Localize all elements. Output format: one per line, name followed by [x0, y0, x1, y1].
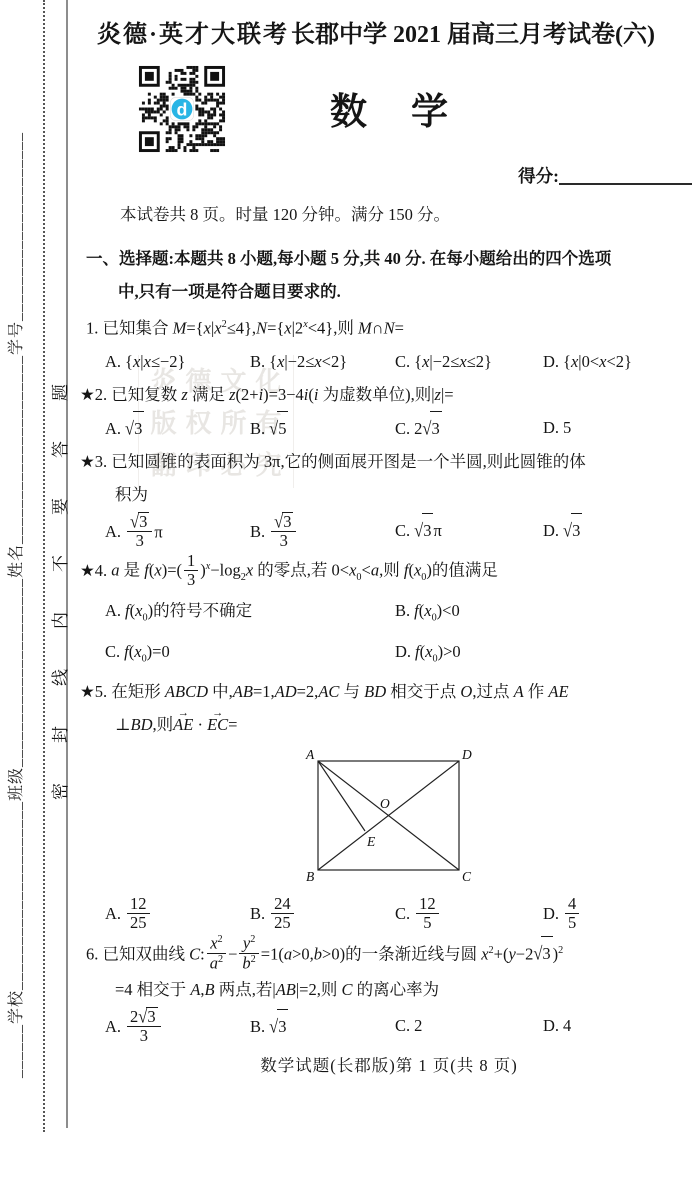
page-footer: 数学试题(长郡版)第 1 页(共 8 页) [86, 1052, 692, 1076]
option: D.5 [543, 411, 692, 444]
options-row: A.1225B.2425C.125D.45 [105, 894, 692, 933]
question: ★2. 已知复数 z 满足 z(2+i)=3−4i(i 为虚数单位),则|z|=… [86, 378, 692, 445]
question: ★5. 在矩形 ABCD 中,AB=1,AD=2,AC 与 BD 相交于点 O,… [86, 675, 692, 933]
option-label: C. [395, 419, 410, 438]
label-o: O [380, 796, 390, 811]
label-c: C [462, 869, 472, 884]
subject-title: 数学 [86, 81, 692, 135]
option: C.√3π [395, 513, 543, 547]
paper-title: 炎德·英才大联考长郡中学 2021 届高三月考试卷(六) [60, 14, 692, 49]
option: C.2√3 [395, 411, 543, 445]
question-line: ★4. a 是 f(x)=(13)x−log2x 的零点,若 0<x0<a,则 … [86, 550, 692, 594]
option-label: B. [250, 522, 265, 541]
option: B.2425 [250, 894, 395, 933]
option-label: A. [105, 601, 121, 620]
question-line: ★3. 已知圆锥的表面积为 3π,它的侧面展开图是一个半圆,则此圆锥的体 [86, 445, 692, 478]
question-number: 1. [86, 319, 103, 338]
option-label: D. [543, 352, 559, 371]
option: B.√33 [250, 511, 395, 551]
option-label: D. [395, 642, 411, 661]
option: A.{x|x≤−2} [105, 345, 250, 378]
question-line: ★2. 已知复数 z 满足 z(2+i)=3−4i(i 为虚数单位),则|z|= [86, 378, 692, 411]
option-label: D. [543, 521, 559, 540]
label-d: D [461, 747, 472, 762]
options-row: A.√3B.√5C.2√3D.5 [105, 411, 692, 445]
option: A.2√33 [105, 1006, 250, 1046]
options-row: A.√33πB.√33C.√3πD.√3 [105, 511, 692, 551]
option-label: A. [105, 904, 121, 923]
option-label: B. [250, 419, 265, 438]
option-label: B. [250, 1017, 265, 1036]
question-number: ★5. [80, 682, 111, 701]
option: A.√33π [105, 511, 250, 551]
exam-info: 本试卷共 8 页。时量 120 分钟。满分 150 分。 [86, 200, 692, 230]
option-label: A. [105, 522, 121, 541]
exam-page: ______学校_____________________班级_________… [0, 0, 700, 1190]
option: D.4 [543, 1009, 692, 1042]
question-line: 积为 [86, 478, 692, 511]
score-row: 得分: [86, 163, 692, 188]
segment-ae [318, 761, 365, 831]
option: C.f(x0)=0 [105, 635, 395, 675]
option-label: D. [543, 904, 559, 923]
question-line: =4 相交于 A,B 两点,若|AB|=2,则 C 的离心率为 [86, 973, 692, 1006]
option-label: C. [395, 904, 410, 923]
paper-title-rest: 长郡中学 2021 届高三月考试卷(六) [291, 22, 655, 48]
option: A.√3 [105, 411, 250, 445]
option-label: B. [250, 904, 265, 923]
question-number: ★2. [80, 385, 111, 404]
option-label: A. [105, 419, 121, 438]
option: C.2 [395, 1009, 543, 1042]
section-heading-line2: 中,只有一项是符合题目要求的. [86, 275, 692, 308]
question-line: 1. 已知集合 M={x|x2≤4},N={x|2x<4},则 M∩N= [86, 308, 692, 345]
option: D.f(x0)>0 [395, 635, 692, 675]
section-heading-line1: 一、选择题:本题共 8 小题,每小题 5 分,共 40 分. 在每小题给出的四个… [86, 242, 692, 275]
option-label: C. [395, 1016, 410, 1035]
option-label: A. [105, 352, 121, 371]
option: D.45 [543, 894, 692, 933]
question: ★4. a 是 f(x)=(13)x−log2x 的零点,若 0<x0<a,则 … [86, 550, 692, 674]
question: 1. 已知集合 M={x|x2≤4},N={x|2x<4},则 M∩N=A.{x… [86, 308, 692, 378]
option-label: D. [543, 1016, 559, 1035]
question-number: ★3. [80, 452, 111, 471]
question5-figure: A D B C O E [300, 747, 500, 892]
label-a: A [305, 747, 315, 762]
option-label: C. [395, 352, 410, 371]
score-label: 得分: [518, 166, 559, 186]
option: D.{x|0<x<2} [543, 345, 692, 378]
paper-content: 炎德·英才大联考长郡中学 2021 届高三月考试卷(六) d 数学 得分: 本试… [0, 0, 700, 1190]
options-row: A.2√33B.√3C.2D.4 [105, 1006, 692, 1046]
option-label: C. [395, 521, 410, 540]
question-list: 1. 已知集合 M={x|x2≤4},N={x|2x<4},则 M∩N=A.{x… [86, 308, 692, 1046]
option: D.√3 [543, 513, 692, 547]
option-label: D. [543, 418, 559, 437]
question-line: 6. 已知双曲线 C:x2a2−y2b2=1(a>0,b>0)的一条渐近线与圆 … [86, 933, 692, 973]
label-b: B [306, 869, 314, 884]
option: A.1225 [105, 894, 250, 933]
option-label: B. [250, 352, 265, 371]
option: B.f(x0)<0 [395, 594, 692, 634]
option-label: B. [395, 601, 410, 620]
option-label: C. [105, 642, 120, 661]
paper-title-brand: 炎德·英才大联考 [97, 22, 289, 48]
option: C.{x|−2≤x≤2} [395, 345, 543, 378]
options-row: A.f(x0)的符号不确定B.f(x0)<0C.f(x0)=0D.f(x0)>0 [105, 594, 692, 675]
question-number: 6. [86, 944, 103, 963]
question-line: ⊥BD,则AE · EC= [86, 708, 692, 741]
question-number: ★4. [80, 561, 111, 580]
options-row: A.{x|x≤−2}B.{x|−2≤x<2}C.{x|−2≤x≤2}D.{x|0… [105, 345, 692, 378]
option: B.√5 [250, 411, 395, 445]
question: 6. 已知双曲线 C:x2a2−y2b2=1(a>0,b>0)的一条渐近线与圆 … [86, 933, 692, 1046]
option: A.f(x0)的符号不确定 [105, 594, 395, 634]
subject-row: d 数学 [86, 57, 692, 159]
option-label: A. [105, 1017, 121, 1036]
label-e: E [366, 834, 376, 849]
score-blank-line [559, 166, 692, 186]
option: B.{x|−2≤x<2} [250, 345, 395, 378]
option: B.√3 [250, 1009, 395, 1043]
option: C.125 [395, 894, 543, 933]
question: ★3. 已知圆锥的表面积为 3π,它的侧面展开图是一个半圆,则此圆锥的体积为A.… [86, 445, 692, 551]
